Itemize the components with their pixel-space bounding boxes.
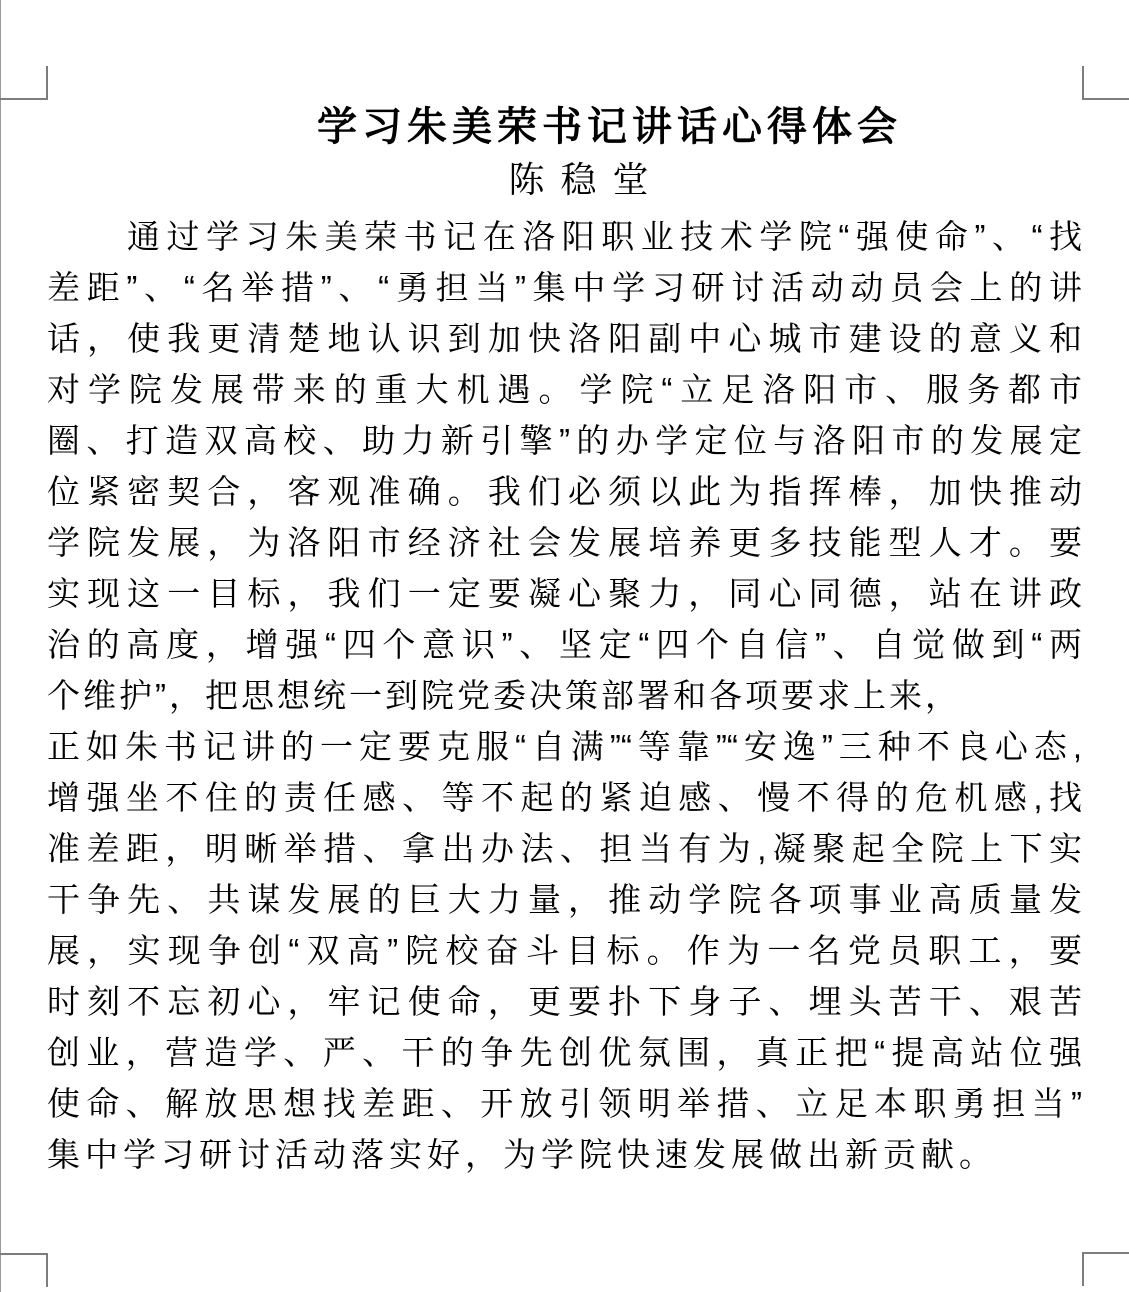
margin-mark-bottom-right: [1082, 1252, 1129, 1286]
body-line: 实现这一目标，我们一定要凝心聚力，同心同德，站在讲政: [47, 568, 1082, 619]
body-line: 创业，营造学、严、干的争先创优氛围，真正把“提高站位强: [47, 1027, 1082, 1078]
body-line: 学院发展，为洛阳市经济社会发展培养更多技能型人才。要: [47, 517, 1082, 568]
body-line: 使命、解放思想找差距、开放引领明举措、立足本职勇担当”: [47, 1078, 1082, 1129]
body-line: 增强坐不住的责任感、等不起的紧迫感、慢不得的危机感,找: [47, 772, 1082, 823]
body-paragraph: 通过学习朱美荣书记在洛阳职业技术学院“强使命”、“找差距”、“名举措”、“勇担当…: [47, 211, 1082, 1180]
body-line: 圈、打造双高校、助力新引擎”的办学定位与洛阳市的发展定: [47, 415, 1082, 466]
body-line: 话，使我更清楚地认识到加快洛阳副中心城市建设的意义和: [47, 313, 1082, 364]
body-line: 位紧密契合，客观准确。我们必须以此为指挥棒，加快推动: [47, 466, 1082, 517]
body-line: 正如朱书记讲的一定要克服“自满”“等靠”“安逸”三种不良心态,: [47, 721, 1082, 772]
body-line: 治的高度，增强“四个意识”、坚定“四个自信”、自觉做到“两: [47, 619, 1082, 670]
text-area: 学习朱美荣书记讲话心得体会 陈稳堂 通过学习朱美荣书记在洛阳职业技术学院“强使命…: [47, 98, 1082, 1180]
document-author: 陈稳堂: [47, 156, 1082, 204]
margin-mark-top-left: [0, 66, 48, 100]
page-edge-line: [0, 0, 1, 1292]
body-line: 时刻不忘初心，牢记使命，更要扑下身子、埋头苦干、艰苦: [47, 976, 1082, 1027]
margin-mark-top-right: [1082, 66, 1129, 100]
body-line: 展，实现争创“双高”院校奋斗目标。作为一名党员职工，要: [47, 925, 1082, 976]
body-line: 集中学习研讨活动落实好，为学院快速发展做出新贡献。: [47, 1129, 1082, 1180]
margin-mark-bottom-left: [0, 1253, 48, 1287]
body-line: 通过学习朱美荣书记在洛阳职业技术学院“强使命”、“找: [47, 211, 1082, 262]
body-line: 干争先、共谋发展的巨大力量，推动学院各项事业高质量发: [47, 874, 1082, 925]
body-line: 差距”、“名举措”、“勇担当”集中学习研讨活动动员会上的讲: [47, 262, 1082, 313]
document-page: 学习朱美荣书记讲话心得体会 陈稳堂 通过学习朱美荣书记在洛阳职业技术学院“强使命…: [0, 0, 1129, 1292]
body-line: 对学院发展带来的重大机遇。学院“立足洛阳市、服务都市: [47, 364, 1082, 415]
document-title: 学习朱美荣书记讲话心得体会: [47, 98, 1082, 156]
body-line: 准差距，明晰举措、拿出办法、担当有为,凝聚起全院上下实: [47, 823, 1082, 874]
body-line: 个维护”，把思想统一到院党委决策部署和各项要求上来，: [47, 670, 1082, 721]
